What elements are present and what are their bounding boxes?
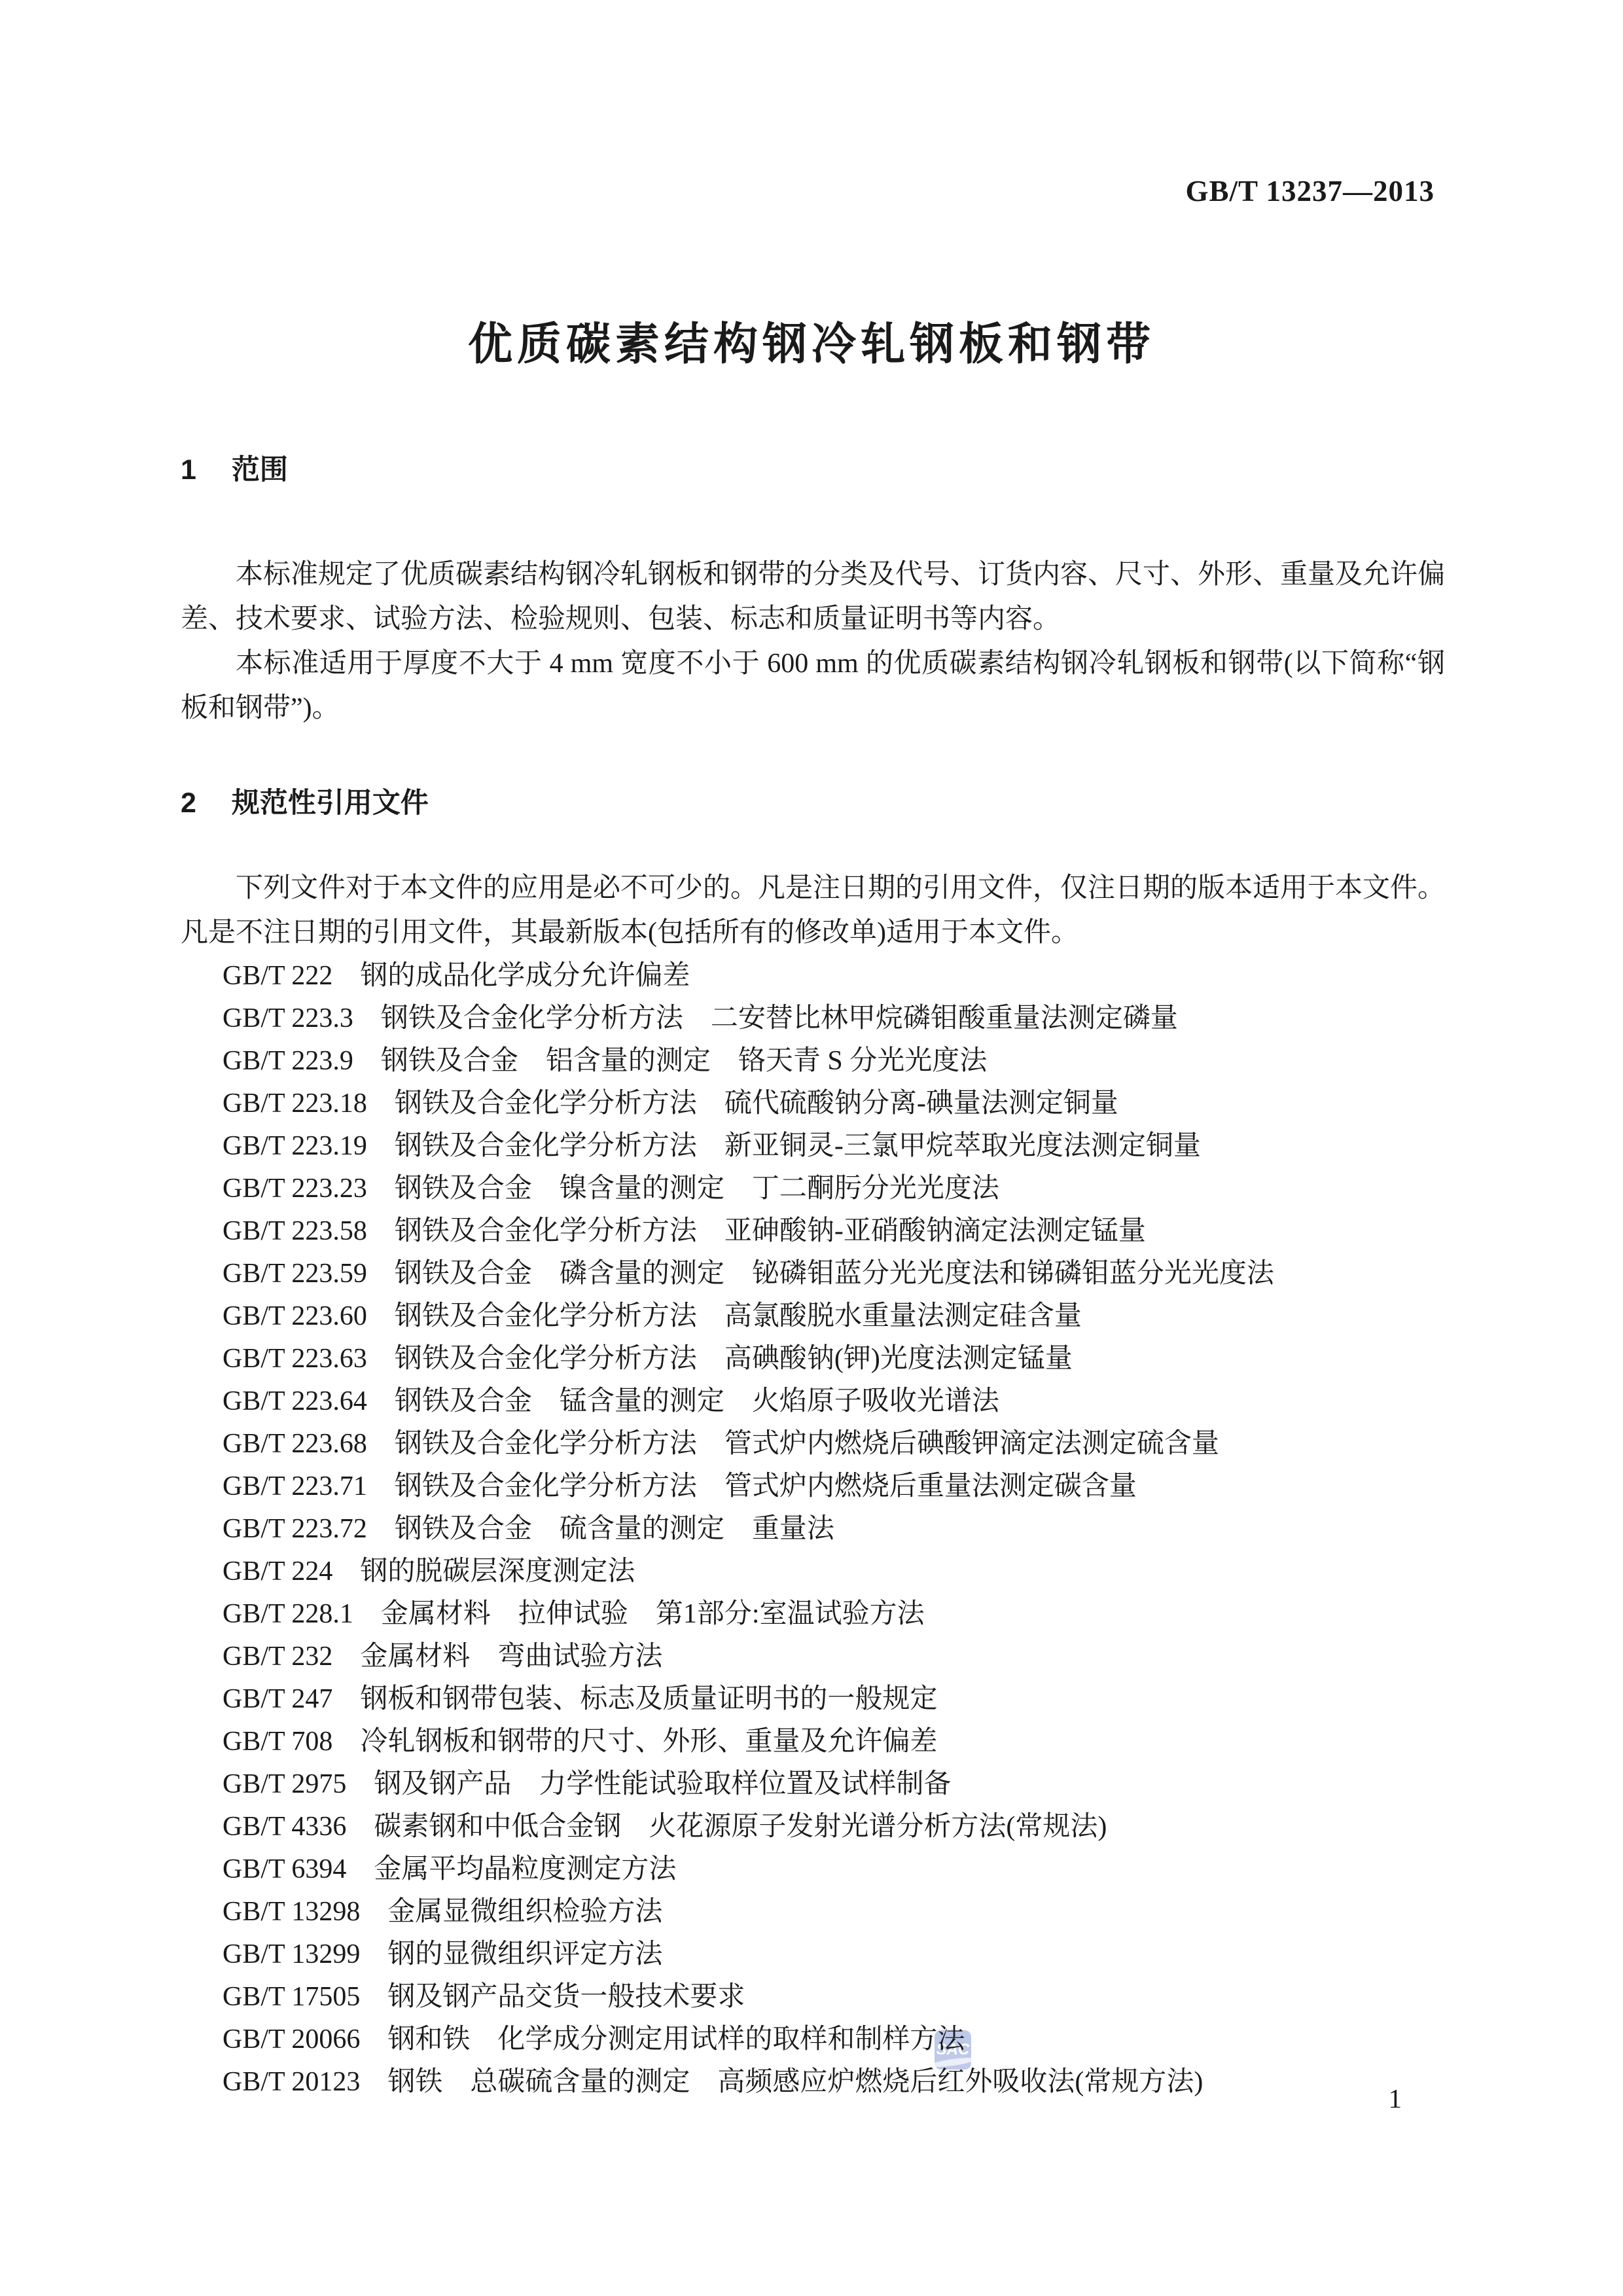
standard-code: GB/T 13237—2013 [1186,174,1435,208]
section-2-number: 2 [181,787,196,819]
reference-item: GB/T 708 冷轧钢板和钢带的尺寸、外形、重量及允许偏差 [181,1721,1445,1763]
reference-item: GB/T 223.58 钢铁及合金化学分析方法 亚砷酸钠-亚硝酸钠滴定法测定锰量 [181,1210,1445,1253]
section-2-intro: 下列文件对于本文件的应用是必不可少的。凡是注日期的引用文件，仅注日期的版本适用于… [181,866,1445,955]
reference-item: GB/T 223.60 钢铁及合金化学分析方法 高氯酸脱水重量法测定硅含量 [181,1295,1445,1338]
section-2-heading: 2 规范性引用文件 [181,786,1445,820]
reference-item: GB/T 232 金属材料 弯曲试验方法 [181,1636,1445,1678]
reference-item: GB/T 2975 钢及钢产品 力学性能试验取样位置及试样制备 [181,1763,1445,1806]
reference-item: GB/T 223.71 钢铁及合金化学分析方法 管式炉内燃烧后重量法测定碳含量 [181,1465,1445,1508]
page-number: 1 [1389,2083,1402,2114]
reference-item: GB/T 224 钢的脱碳层深度测定法 [181,1551,1445,1593]
normative-references-list: GB/T 222 钢的成品化学成分允许偏差 GB/T 223.3 钢铁及合金化学… [181,955,1445,2104]
reference-item: GB/T 223.72 钢铁及合金 硫含量的测定 重量法 [181,1508,1445,1551]
reference-item: GB/T 223.59 钢铁及合金 磷含量的测定 铋磷钼蓝分光光度法和锑磷钼蓝分… [181,1253,1445,1295]
reference-item: GB/T 20066 钢和铁 化学成分测定用试样的取样和制样方法 [181,2018,1445,2061]
reference-item: GB/T 20123 钢铁 总碳硫含量的测定 高频感应炉燃烧后红外吸收法(常规方… [181,2061,1445,2104]
reference-item: GB/T 6394 金属平均晶粒度测定方法 [181,1848,1445,1891]
section-1-title: 范围 [232,454,288,486]
reference-item: GB/T 222 钢的成品化学成分允许偏差 [181,955,1445,997]
reference-item: GB/T 223.63 钢铁及合金化学分析方法 高碘酸钠(钾)光度法测定锰量 [181,1338,1445,1380]
reference-item: GB/T 223.19 钢铁及合金化学分析方法 新亚铜灵-三氯甲烷萃取光度法测定… [181,1125,1445,1168]
reference-item: GB/T 223.3 钢铁及合金化学分析方法 二安替比林甲烷磷钼酸重量法测定磷量 [181,997,1445,1040]
reference-item: GB/T 223.18 钢铁及合金化学分析方法 硫代硫酸钠分离-碘量法测定铜量 [181,1083,1445,1125]
reference-item: GB/T 223.23 钢铁及合金 镍含量的测定 丁二酮肟分光光度法 [181,1168,1445,1210]
reference-item: GB/T 247 钢板和钢带包装、标志及质量证明书的一般规定 [181,1678,1445,1721]
reference-item: GB/T 13298 金属显微组织检验方法 [181,1891,1445,1933]
reference-item: GB/T 223.68 钢铁及合金化学分析方法 管式炉内燃烧后碘酸钾滴定法测定硫… [181,1423,1445,1465]
section-1-paragraph-2: 本标准适用于厚度不大于 4 mm 宽度不小于 600 mm 的优质碳素结构钢冷轧… [181,641,1445,730]
document-body: 1 范围 本标准规定了优质碳素结构钢冷轧钢板和钢带的分类及代号、订货内容、尺寸、… [181,453,1445,2104]
section-2-title: 规范性引用文件 [232,787,429,819]
reference-item: GB/T 223.9 钢铁及合金 铝含量的测定 铬天青 S 分光光度法 [181,1040,1445,1083]
document-title: 优质碳素结构钢冷轧钢板和钢带 [0,309,1623,372]
reference-item: GB/T 228.1 金属材料 拉伸试验 第1部分:室温试验方法 [181,1593,1445,1636]
reference-item: GB/T 4336 碳素钢和中低合金钢 火花源原子发射光谱分析方法(常规法) [181,1806,1445,1848]
section-1-paragraph-1: 本标准规定了优质碳素结构钢冷轧钢板和钢带的分类及代号、订货内容、尺寸、外形、重量… [181,552,1445,641]
reference-item: GB/T 17505 钢及钢产品交货一般技术要求 [181,1976,1445,2018]
reference-item: GB/T 223.64 钢铁及合金 锰含量的测定 火焰原子吸收光谱法 [181,1380,1445,1423]
reference-item: GB/T 13299 钢的显微组织评定方法 [181,1933,1445,1976]
section-1-heading: 1 范围 [181,453,1445,487]
document-page: SAC GB/T 13237—2013 优质碳素结构钢冷轧钢板和钢带 1 范围 … [0,0,1623,2296]
section-1-number: 1 [181,454,196,486]
